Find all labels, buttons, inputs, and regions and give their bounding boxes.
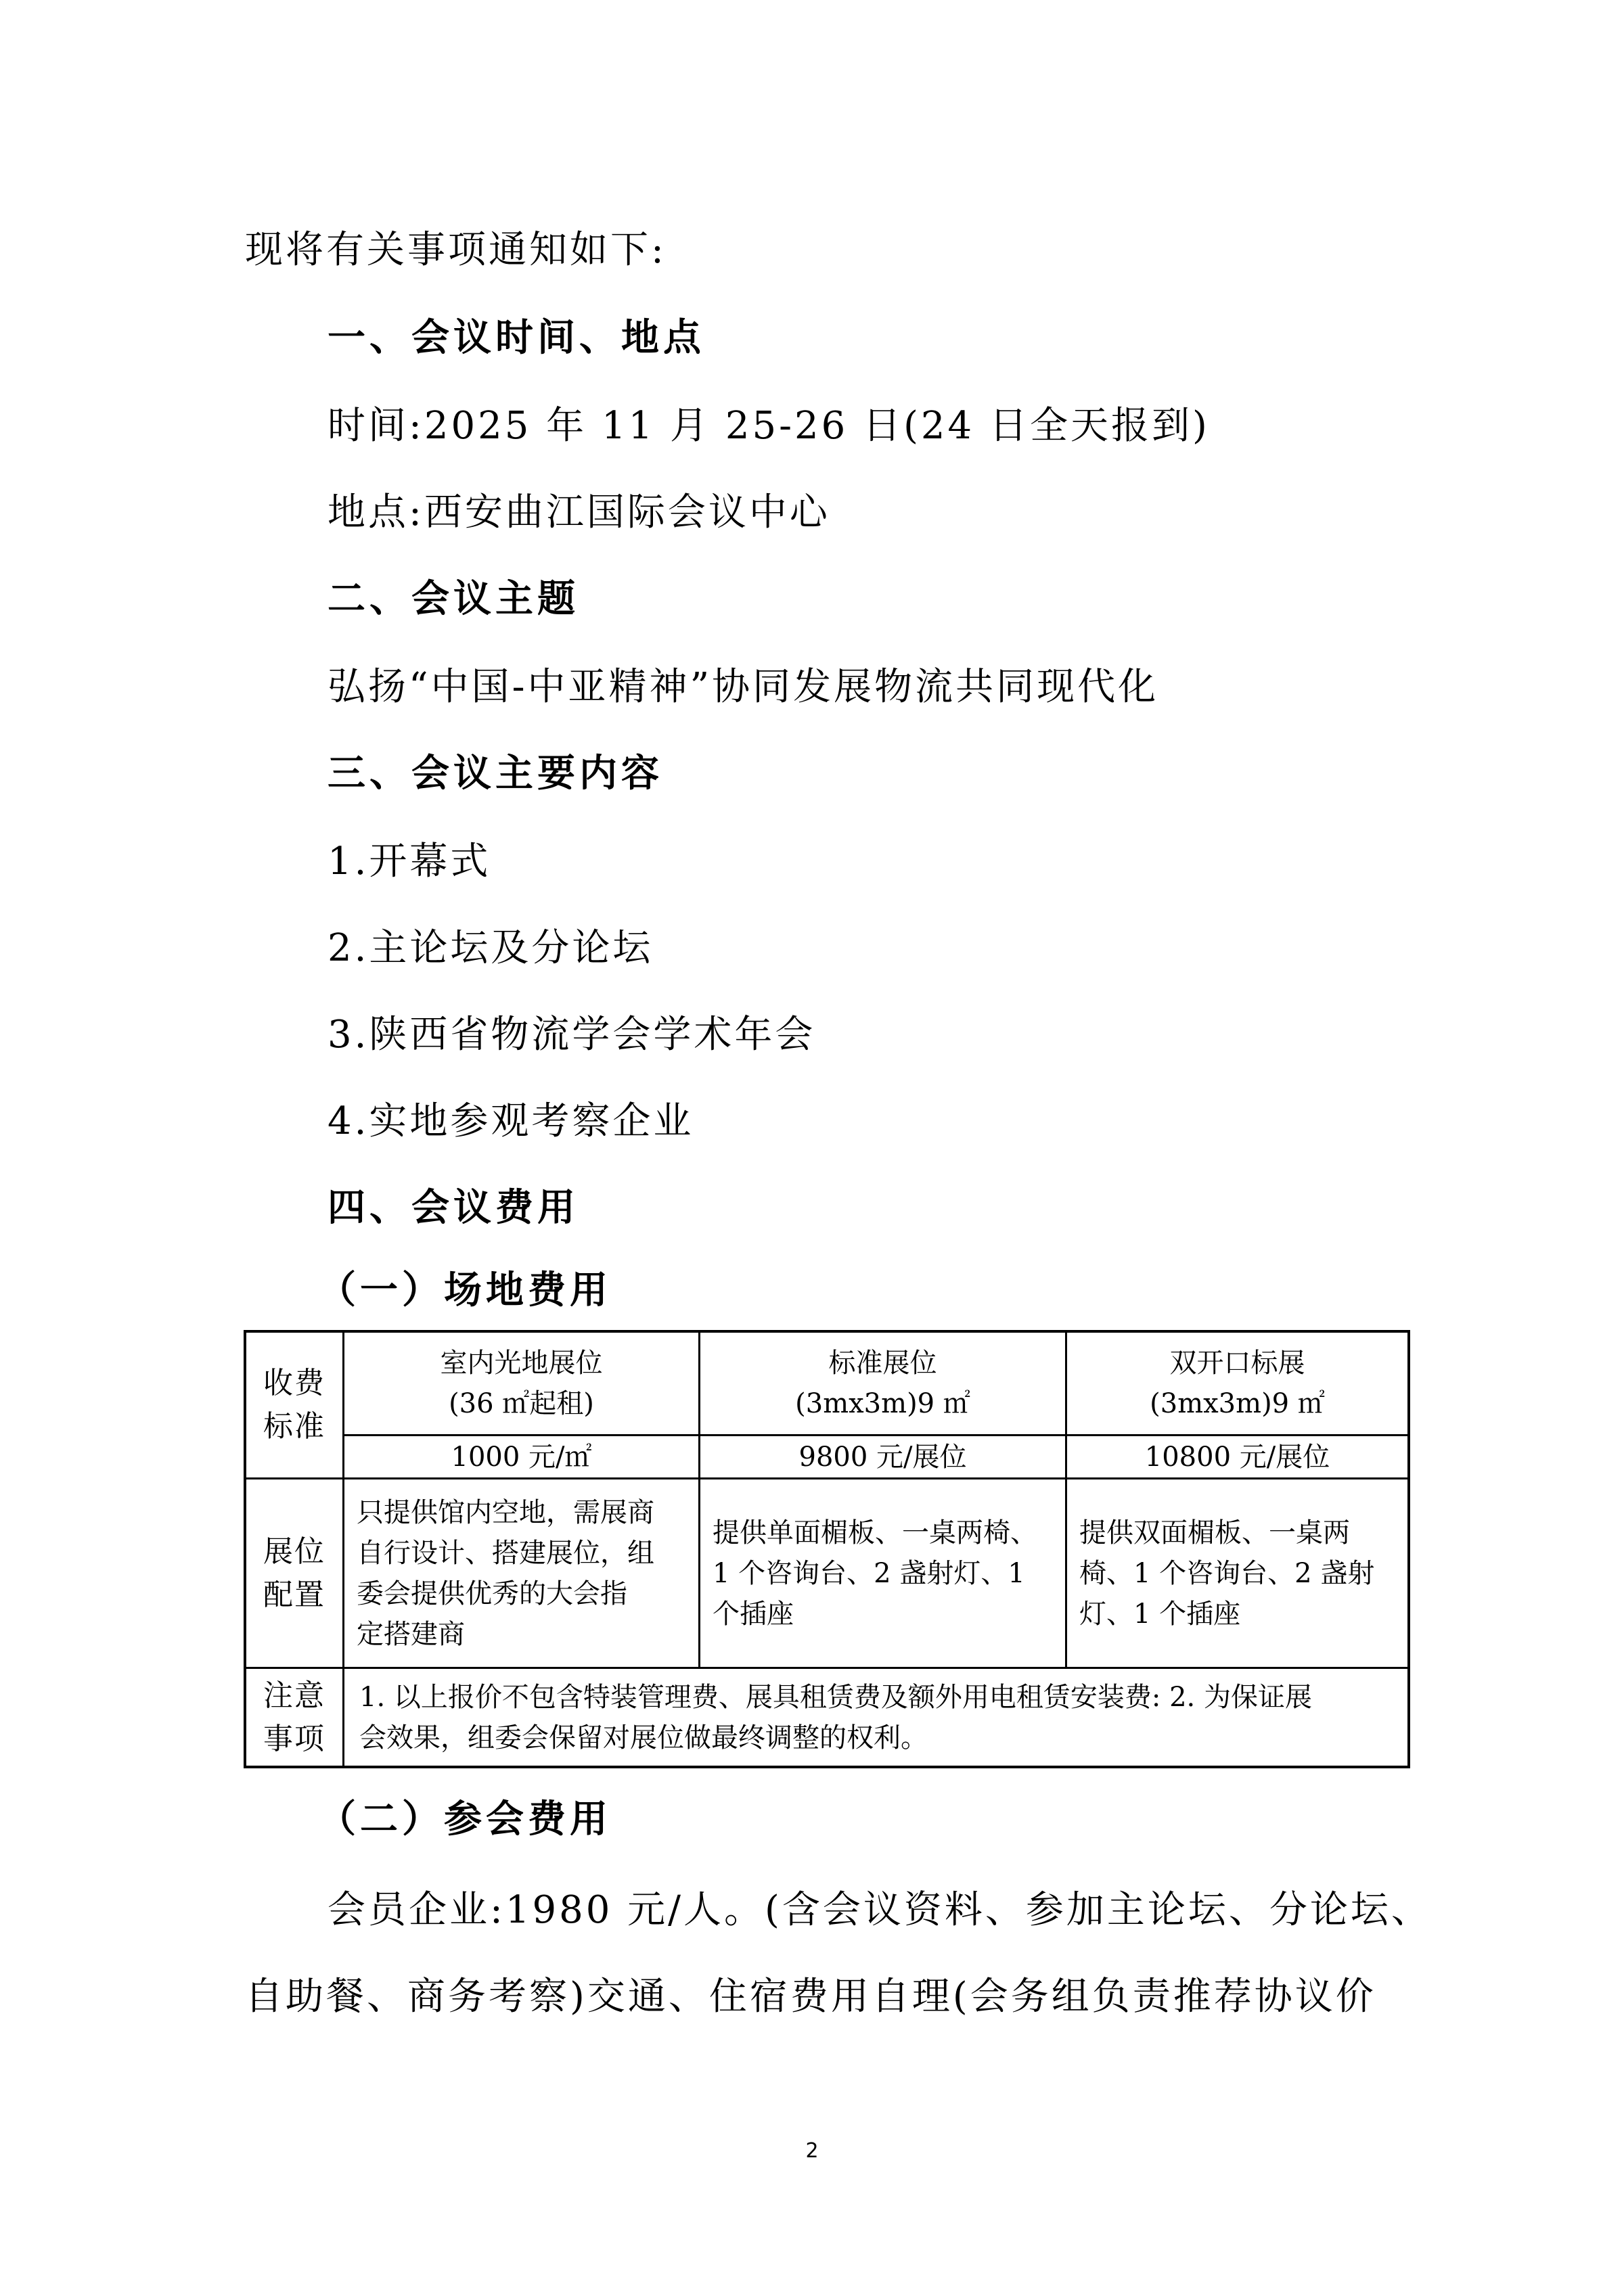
- content-item-2: 2.主论坛及分论坛: [328, 929, 653, 967]
- section-heading-time-place: 一、会议时间、地点: [328, 319, 705, 357]
- content-item-3: 3.陕西省物流学会学术年会: [328, 1016, 815, 1054]
- subsection-heading-venue-fees: （一）场地费用: [318, 1272, 612, 1310]
- price-indoor-space: 1000 元/㎡: [344, 1436, 698, 1477]
- content-item-4: 4.实地参观考察企业: [328, 1103, 694, 1141]
- column-header-standard-booth: 标准展位 (3mx3m)9 ㎡: [700, 1333, 1065, 1434]
- row-header-notes: 注意 事项: [246, 1669, 342, 1766]
- price-double-open-booth: 10800 元/展位: [1067, 1436, 1407, 1477]
- notes-content: 1. 以上报价不包含特装管理费、展具租赁费及额外用电租赁安装费: 2. 为保证展…: [344, 1669, 1407, 1766]
- page-number: 2: [0, 2139, 1624, 2163]
- attendance-fee-line-2: 自助餐、商务考察)交通、住宿费用自理(会务组负责推荐协议价: [245, 1978, 1376, 2016]
- meeting-location: 地点:西安曲江国际会议中心: [328, 494, 830, 532]
- config-indoor-space: 只提供馆内空地，需展商 自行设计、搭建展位，组 委会提供优秀的大会指 定搭建商: [344, 1479, 698, 1667]
- section-heading-theme: 二、会议主题: [328, 580, 579, 618]
- config-double-open-booth: 提供双面楣板、一桌两 椅、1 个咨询台、2 盏射 灯、1 个插座: [1067, 1479, 1407, 1667]
- subsection-heading-attendance-fees: （二）参会费用: [318, 1801, 612, 1839]
- meeting-time: 时间:2025 年 11 月 25-26 日(24 日全天报到): [328, 407, 1210, 445]
- meeting-theme: 弘扬“中国-中亚精神”协同发展物流共同现代化: [328, 668, 1158, 706]
- row-header-pricing: 收费 标准: [246, 1333, 342, 1477]
- section-heading-content: 三、会议主要内容: [328, 755, 663, 793]
- content-item-1: 1.开幕式: [328, 843, 491, 881]
- config-standard-booth: 提供单面楣板、一桌两椅、 1 个咨询台、2 盏射灯、1 个插座: [700, 1479, 1065, 1667]
- column-header-indoor-space: 室内光地展位 (36 ㎡起租): [344, 1333, 698, 1434]
- row-header-config: 展位 配置: [246, 1479, 342, 1667]
- venue-fee-table: 收费 标准 室内光地展位 (36 ㎡起租) 标准展位 (3mx3m)9 ㎡ 双开…: [244, 1330, 1410, 1768]
- price-standard-booth: 9800 元/展位: [700, 1436, 1065, 1477]
- column-header-double-open-booth: 双开口标展 (3mx3m)9 ㎡: [1067, 1333, 1407, 1434]
- intro-text: 现将有关事项通知如下:: [245, 231, 667, 269]
- attendance-fee-line-1: 会员企业:1980 元/人。(含会议资料、参加主论坛、分论坛、: [328, 1891, 1432, 1929]
- section-heading-fees: 四、会议费用: [328, 1189, 579, 1227]
